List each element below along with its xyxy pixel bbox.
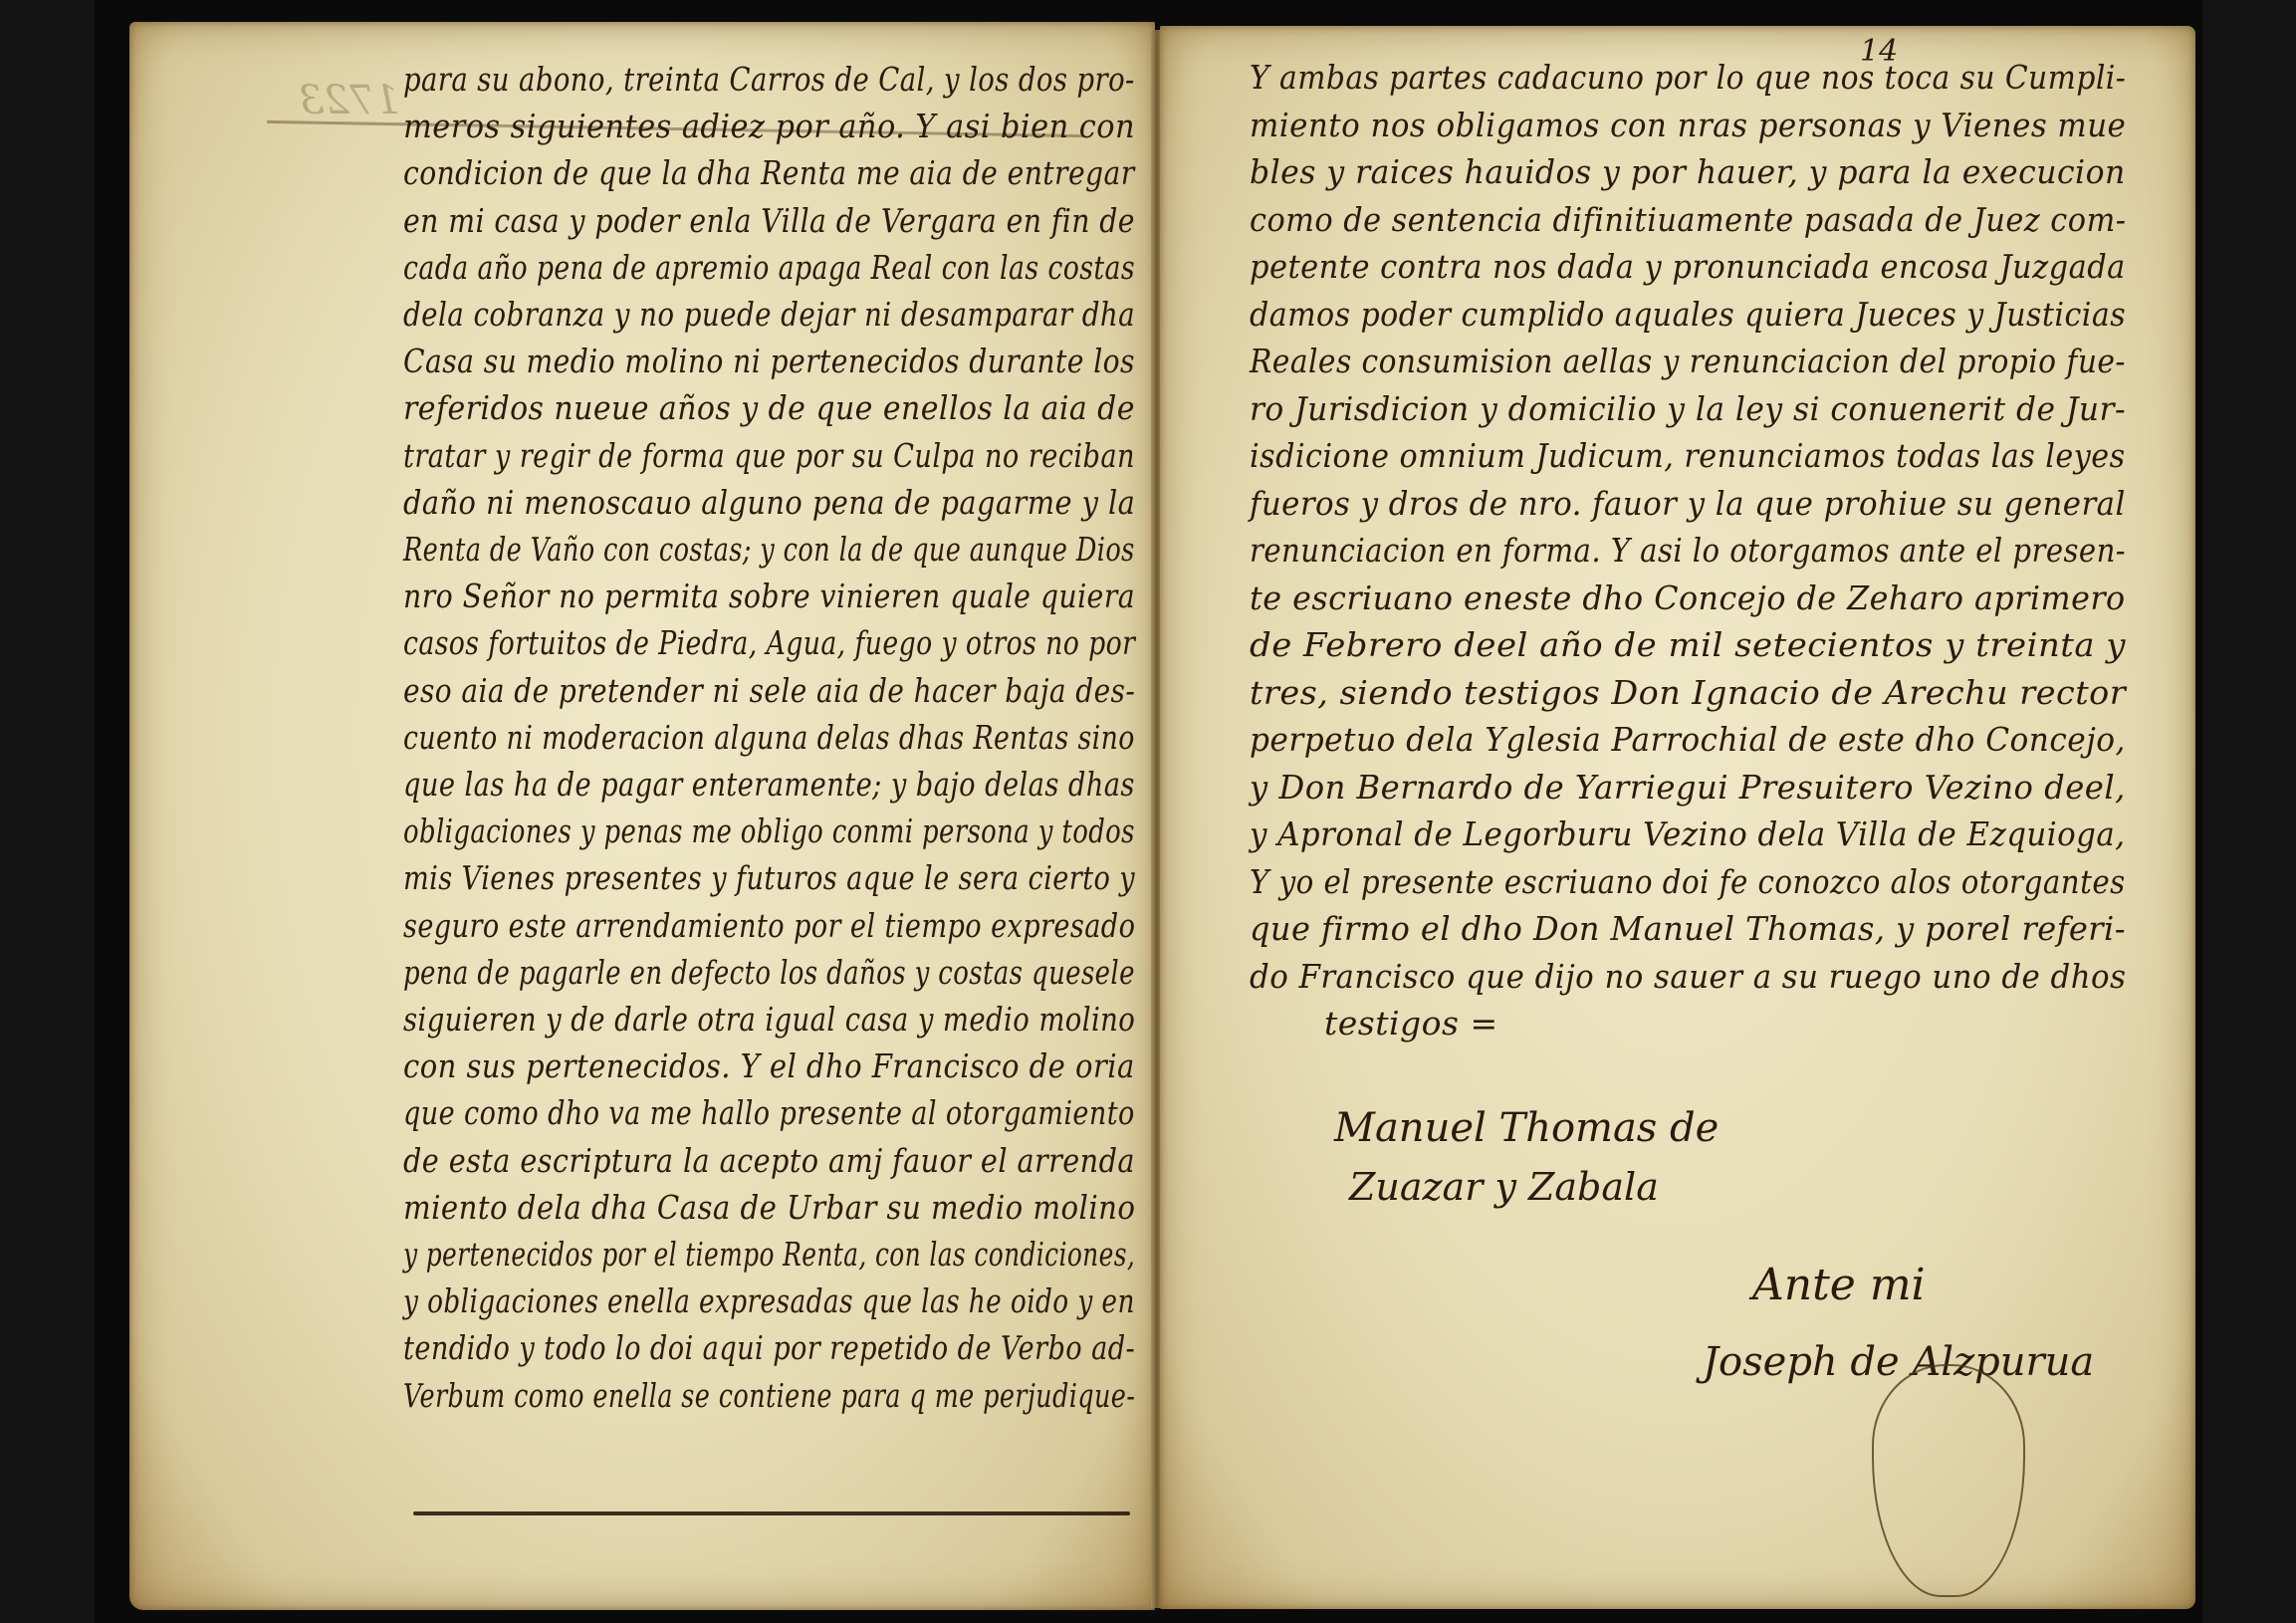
manuscript-line: petente contra nos dada y pronunciada en… <box>1250 247 2126 286</box>
manuscript-line: Y yo el presente escriuano doi fe conozc… <box>1250 862 2126 901</box>
manuscript-line: Casa su medio molino ni pertenecidos dur… <box>403 342 1135 380</box>
manuscript-line: Verbum como enella se contiene para q me… <box>403 1376 1135 1415</box>
manuscript-line: perpetuo dela Yglesia Parrochial de este… <box>1250 720 2126 759</box>
signature-manuel-thomas: Manuel Thomas de <box>1334 1105 1719 1151</box>
manuscript-line: ro Jurisdicion y domicilio y la ley si c… <box>1250 389 2126 428</box>
manuscript-line: tendido y todo lo doi aqui por repetido … <box>403 1328 1135 1367</box>
bleed-through-year: 1723 <box>299 78 400 123</box>
manuscript-line: que las ha de pagar enteramente; y bajo … <box>403 765 1135 804</box>
manuscript-line: cuento ni moderacion alguna delas dhas R… <box>403 718 1135 757</box>
manuscript-line: como de sentencia difinitiuamente pasada… <box>1250 200 2126 239</box>
manuscript-line: te escriuano eneste dho Concejo de Zehar… <box>1250 579 2126 617</box>
manuscript-line: daño ni menoscauo alguno pena de pagarme… <box>403 483 1135 522</box>
manuscript-line: cada año pena de apremio apaga Real con … <box>403 248 1135 287</box>
manuscript-line: para su abono, treinta Carros de Cal, y … <box>403 60 1135 99</box>
manuscript-line: damos poder cumplido aquales quiera Juec… <box>1250 295 2126 334</box>
manuscript-line: y obligaciones enella expresadas que las… <box>403 1281 1135 1320</box>
manuscript-line: Renta de Vaño con costas; y con la de qu… <box>403 530 1135 569</box>
manuscript-line: isdicione omnium Judicum, renunciamos to… <box>1250 436 2126 475</box>
manuscript-line: miento dela dha Casa de Urbar su medio m… <box>403 1188 1135 1227</box>
manuscript-line: Y ambas partes cadacuno por lo que nos t… <box>1250 58 2126 97</box>
manuscript-line: condicion de que la dha Renta me aia de … <box>403 153 1135 192</box>
manuscript-line: fueros y dros de nro. fauor y la que pro… <box>1250 484 2126 523</box>
manuscript-line: que firmo el dho Don Manuel Thomas, y po… <box>1250 909 2126 948</box>
manuscript-line: de esta escriptura la acepto amj fauor e… <box>403 1141 1135 1180</box>
signature-zuazar: Zuazar y Zabala <box>1349 1165 1659 1209</box>
manuscript-line: en mi casa y poder enla Villa de Vergara… <box>403 201 1135 240</box>
manuscript-line: y Apronal de Legorburu Vezino dela Villa… <box>1250 814 2126 853</box>
manuscript-line: casos fortuitos de Piedra, Agua, fuego y… <box>403 623 1135 662</box>
signature-ante-mi: Ante mi <box>1752 1260 1926 1310</box>
manuscript-line: bles y raices hauidos y por hauer, y par… <box>1250 152 2126 191</box>
manuscript-line: Reales consumision aellas y renunciacion… <box>1250 342 2126 380</box>
manuscript-line: pena de pagarle en defecto los daños y c… <box>403 953 1135 992</box>
manuscript-line: siguieren y de darle otra igual casa y m… <box>403 1000 1135 1039</box>
manuscript-line: renunciacion en forma. Y asi lo otorgamo… <box>1250 531 2126 570</box>
manuscript-line: referidos nueue años y de que enellos la… <box>403 388 1135 427</box>
manuscript-line: miento nos obligamos con nras personas y… <box>1250 106 2126 144</box>
manuscript-line: nro Señor no permita sobre vinieren qual… <box>403 577 1135 615</box>
manuscript-line: de Febrero deel año de mil setecientos y… <box>1250 625 2126 664</box>
manuscript-line: testigos = <box>1324 1004 1498 1043</box>
manuscript-line: con sus pertenecidos. Y el dho Francisco… <box>403 1046 1135 1085</box>
manuscript-line: que como dho va me hallo presente al oto… <box>403 1093 1135 1132</box>
manuscript-line: tratar y regir de forma que por su Culpa… <box>403 436 1135 475</box>
manuscript-line: eso aia de pretender ni sele aia de hace… <box>403 671 1135 710</box>
manuscript-line: obligaciones y penas me obligo conmi per… <box>403 811 1135 850</box>
manuscript-line: y Don Bernardo de Yarriegui Presuitero V… <box>1250 768 2126 807</box>
manuscript-line: y pertenecidos por el tiempo Renta, con … <box>403 1235 1135 1274</box>
signature-joseph-alzpurua: Joseph de Alzpurua <box>1703 1339 2094 1385</box>
manuscript-line: do Francisco que dijo no sauer a su rueg… <box>1250 957 2126 996</box>
closing-rule <box>413 1511 1130 1515</box>
manuscript-line: meros siguientes adiez por año. Y asi bi… <box>403 107 1135 145</box>
manuscript-line: tres, siendo testigos Don Ignacio de Are… <box>1250 673 2126 712</box>
manuscript-line: seguro este arrendamiento por el tiempo … <box>403 906 1135 945</box>
manuscript-line: mis Vienes presentes y futuros aque le s… <box>403 858 1135 897</box>
manuscript-line: dela cobranza y no puede dejar ni desamp… <box>403 295 1135 334</box>
